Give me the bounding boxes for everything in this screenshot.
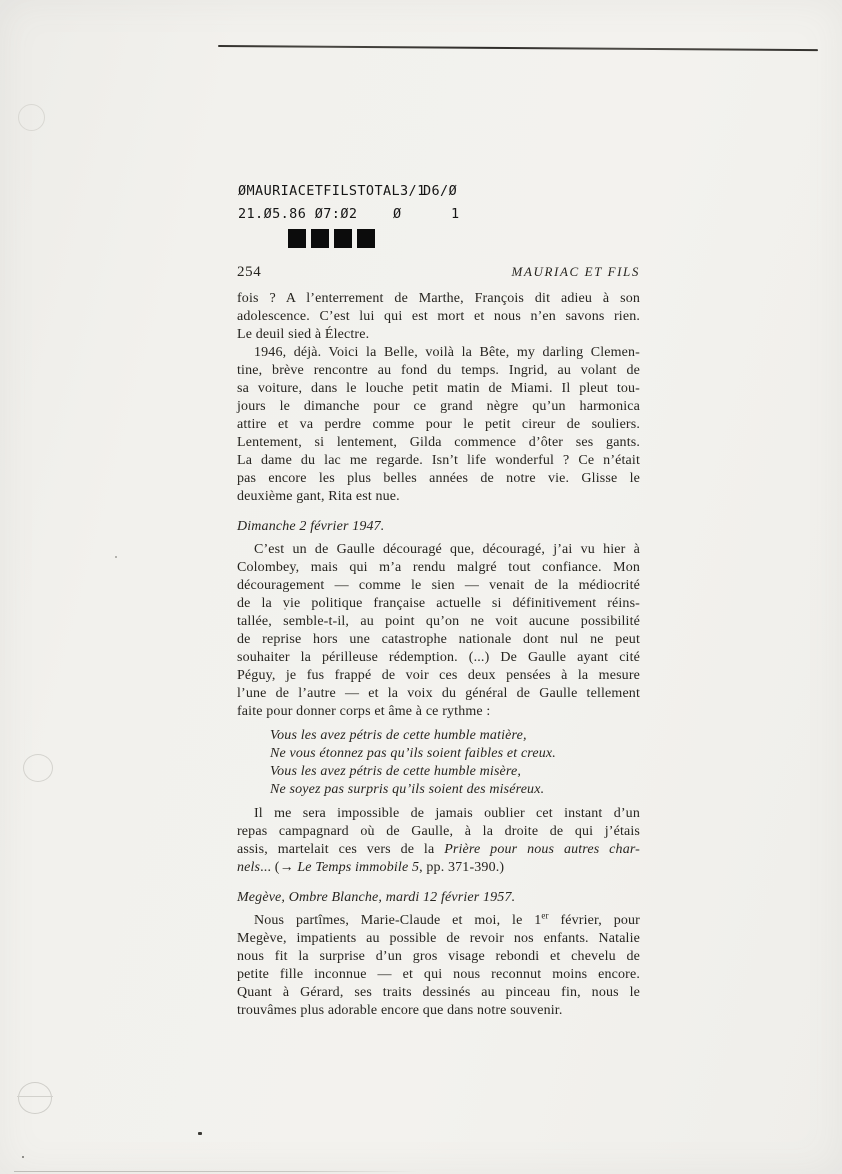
text-line: nels... (→ Le Temps immobile 5, pp. 371-… — [237, 859, 640, 877]
italic-text: Prière pour nous autres char- — [444, 842, 640, 857]
verse-quote: Vous les avez pétris de cette humble mat… — [270, 727, 640, 799]
text-line: l’une de l’autre — et la voix du général… — [237, 685, 640, 703]
machine-print-line-1: ØMAURIACETFILSTOTAL3/1 D6/Ø — [238, 183, 558, 206]
text-line: Il me sera impossible de jamais oublier … — [237, 805, 640, 823]
text-line: Colombey, mais qui m’a rendu malgré tout… — [237, 559, 640, 577]
machine-counter-one: 1 — [451, 206, 460, 222]
running-title: MAURIAC ET FILS — [512, 264, 640, 280]
ink-calibration-blocks — [288, 229, 558, 249]
text-line: Ne vous étonnez pas qu’ils soient faible… — [270, 745, 640, 763]
machine-datetime: 21.Ø5.86 Ø7:Ø2 — [238, 206, 357, 222]
scan-speck — [115, 556, 117, 558]
text-line: Le deuil sied à Électre. — [237, 326, 640, 344]
text-line: Lentement, si lentement, Gilda commence … — [237, 434, 640, 452]
text-line: Péguy, je fus frappé de voir ces deux pe… — [237, 667, 640, 685]
paragraph: Il me sera impossible de jamais oublier … — [237, 805, 640, 877]
text-line: 1946, déjà. Voici la Belle, voilà la Bêt… — [237, 344, 640, 362]
punch-hole-mark — [23, 754, 53, 782]
text-line: repas campagnard où de Gaulle, à la droi… — [237, 823, 640, 841]
machine-print-line-2: 21.Ø5.86 Ø7:Ø2 Ø 1 — [238, 206, 558, 229]
text-line: tallée, semble-t-il, au point qu’on ne v… — [237, 613, 640, 631]
text-line: Quant à Gérard, ses traits dessinés au p… — [237, 984, 640, 1002]
text-line: assis, martelait ces vers de la Prière p… — [237, 841, 640, 859]
text-line: petite fille inconnue — et qui nous reco… — [237, 966, 640, 984]
text-line: pas encore les plus belles années de not… — [237, 470, 640, 488]
paragraph: fois ? A l’enterrement de Marthe, Franço… — [237, 290, 640, 344]
machine-code-suffix: D6/Ø — [423, 183, 457, 199]
text-line: La dame du lac me regarde. Isn’t life wo… — [237, 452, 640, 470]
scanned-book-page: ØMAURIACETFILSTOTAL3/1 D6/Ø 21.Ø5.86 Ø7:… — [0, 0, 842, 1174]
text-line: adolescence. C’est lui qui est mort et n… — [237, 308, 640, 326]
paragraph: 1946, déjà. Voici la Belle, voilà la Bêt… — [237, 344, 640, 506]
italic-text: Le Temps immobile 5 — [297, 860, 419, 875]
body-text: fois ? A l’enterrement de Marthe, Franço… — [237, 290, 640, 1020]
text-line: nous fit la surprise d’un gros visage re… — [237, 948, 640, 966]
bottom-edge-line — [14, 1171, 418, 1172]
date-heading: Dimanche 2 février 1947. — [237, 518, 640, 536]
ink-block — [334, 229, 352, 248]
text-line: Dimanche 2 février 1947. — [237, 518, 640, 536]
text-line: découragement — comme le sien — venait d… — [237, 577, 640, 595]
text-line: Megève, impatients au possible de revoir… — [237, 930, 640, 948]
punch-hole-mark — [18, 104, 45, 131]
punch-hole-mark — [18, 1082, 52, 1114]
text-line: jours le dimanche pour ce grand nègre qu… — [237, 398, 640, 416]
machine-counter-zero: Ø — [393, 206, 402, 222]
page-number: 254 — [237, 264, 261, 281]
text-line: souhaiter la périlleuse rédemption. (...… — [237, 649, 640, 667]
machine-print-header: ØMAURIACETFILSTOTAL3/1 D6/Ø 21.Ø5.86 Ø7:… — [238, 183, 558, 249]
paragraph: C’est un de Gaulle découragé que, décour… — [237, 541, 640, 721]
text-line: faite pour donner corps et âme à ce ryth… — [237, 703, 640, 721]
text-line: Nous partîmes, Marie-Claude et moi, le 1… — [237, 912, 640, 930]
superscript: er — [541, 910, 548, 920]
top-rule-line — [218, 45, 818, 51]
text-line: fois ? A l’enterrement de Marthe, Franço… — [237, 290, 640, 308]
ink-block — [288, 229, 306, 248]
text-line: de la vie politique française actuelle s… — [237, 595, 640, 613]
running-head: 254 MAURIAC ET FILS — [237, 264, 640, 281]
text-line: sa voiture, dans le louche petit matin d… — [237, 380, 640, 398]
italic-text: nels — [237, 860, 260, 875]
text-line: Ne soyez pas surpris qu’ils soient des m… — [270, 781, 640, 799]
text-line: C’est un de Gaulle découragé que, décour… — [237, 541, 640, 559]
text-line: Vous les avez pétris de cette humble mis… — [270, 763, 640, 781]
ink-block — [311, 229, 329, 248]
text-line: trouvâmes plus adorable encore que dans … — [237, 1002, 640, 1020]
machine-code: ØMAURIACETFILSTOTAL3/1 — [238, 183, 426, 199]
ink-block — [357, 229, 375, 248]
text-line: tine, brève rencontre au fond du temps. … — [237, 362, 640, 380]
text-line: deuxième gant, Rita est nue. — [237, 488, 640, 506]
punch-hole-crease — [17, 1096, 53, 1097]
date-heading: Megève, Ombre Blanche, mardi 12 février … — [237, 889, 640, 907]
text-line: de reprise hors une catastrophe national… — [237, 631, 640, 649]
text-line: Megève, Ombre Blanche, mardi 12 février … — [237, 889, 640, 907]
scan-speck — [22, 1156, 24, 1158]
text-line: Vous les avez pétris de cette humble mat… — [270, 727, 640, 745]
paragraph: Nous partîmes, Marie-Claude et moi, le 1… — [237, 912, 640, 1020]
scan-speck — [198, 1132, 202, 1135]
text-line: attire et va perdre comme pour le petit … — [237, 416, 640, 434]
